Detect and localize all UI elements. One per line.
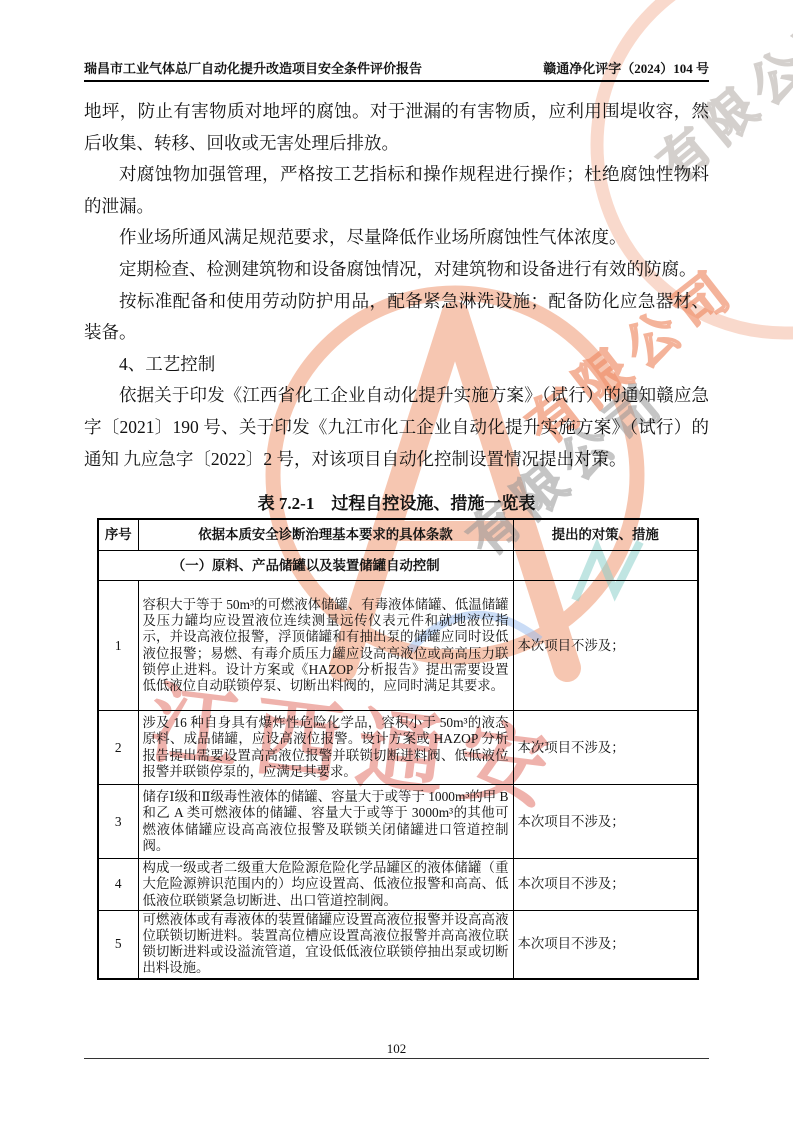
clause-cell: 涉及 16 种自身具有爆炸性危险化学品，容积小于 50m³的液态原料、成品储罐，…	[138, 711, 513, 785]
report-title: 瑞昌市工业气体总厂自动化提升改造项目安全条件评价报告	[84, 58, 422, 77]
table-section-header: （一）原料、产品储罐以及装置储罐自动控制	[98, 551, 513, 581]
clause-cell: 储存Ⅰ级和Ⅱ级毒性液体的储罐、容量大于或等于 1000m³的甲 B 和乙 A 类…	[138, 785, 513, 859]
body-paragraph: 作业场所通风满足规范要求，尽量降低作业场所腐蚀性气体浓度。	[84, 222, 709, 254]
row-number-cell: 5	[98, 910, 138, 978]
body-paragraph: 地坪，防止有害物质对地坪的腐蚀。对于泄漏的有害物质，应利用围堤收容，然后收集、转…	[84, 96, 709, 159]
page-footer: 102	[84, 1041, 709, 1059]
measure-cell: 本次项目不涉及；	[513, 859, 698, 911]
document-number: 赣通净化评字（2024）104 号	[543, 58, 709, 77]
column-header-no: 序号	[98, 519, 138, 551]
section-heading: 4、工艺控制	[84, 349, 709, 381]
table-section-row: （一）原料、产品储罐以及装置储罐自动控制	[98, 551, 698, 581]
empty-cell	[513, 551, 698, 581]
footer-rule	[84, 1058, 709, 1059]
measure-cell: 本次项目不涉及；	[513, 910, 698, 978]
body-paragraph: 按标准配备和使用劳动防护用品，配备紧急淋洗设施；配备防化应急器材、装备。	[84, 286, 709, 349]
page-number: 102	[387, 1041, 407, 1056]
measure-cell: 本次项目不涉及；	[513, 711, 698, 785]
document-page: 有限公司 有限公司 有限公司 江西通安 瑞昌市工业气体总厂自动化提升改造项目安全…	[0, 0, 793, 1122]
column-header-measure: 提出的对策、措施	[513, 519, 698, 551]
page-content: 瑞昌市工业气体总厂自动化提升改造项目安全条件评价报告 赣通净化评字（2024）1…	[0, 58, 793, 980]
body-paragraph: 依据关于印发《江西省化工企业自动化提升实施方案》（试行）的通知赣应急字〔2021…	[84, 380, 709, 475]
row-number-cell: 1	[98, 581, 138, 711]
row-number-cell: 2	[98, 711, 138, 785]
body-paragraph: 定期检查、检测建筑物和设备腐蚀情况，对建筑物和设备进行有效的防腐。	[84, 254, 709, 286]
row-number-cell: 4	[98, 859, 138, 911]
table-header-row: 序号 依据本质安全诊断治理基本要求的具体条款 提出的对策、措施	[98, 519, 698, 551]
table-caption: 表 7.2-1 过程自控设施、措施一览表	[84, 489, 709, 514]
table-row: 5 可燃液体或有毒液体的装置储罐应设置高液位报警并设高高液位联锁切断进料。装置高…	[98, 910, 698, 978]
clause-cell: 构成一级或者二级重大危险源危险化学品罐区的液体储罐（重大危险源辨识范围内的）均应…	[138, 859, 513, 911]
measures-table: 序号 依据本质安全诊断治理基本要求的具体条款 提出的对策、措施 （一）原料、产品…	[97, 518, 699, 979]
table-row: 3 储存Ⅰ级和Ⅱ级毒性液体的储罐、容量大于或等于 1000m³的甲 B 和乙 A…	[98, 785, 698, 859]
measure-cell: 本次项目不涉及；	[513, 785, 698, 859]
body-paragraph: 对腐蚀物加强管理，严格按工艺指标和操作规程进行操作；杜绝腐蚀性物料的泄漏。	[84, 159, 709, 222]
clause-cell: 容积大于等于 50m³的可燃液体储罐、有毒液体储罐、低温储罐及压力罐均应设置液位…	[138, 581, 513, 711]
page-header: 瑞昌市工业气体总厂自动化提升改造项目安全条件评价报告 赣通净化评字（2024）1…	[84, 58, 709, 82]
table-row: 2 涉及 16 种自身具有爆炸性危险化学品，容积小于 50m³的液态原料、成品储…	[98, 711, 698, 785]
measure-cell: 本次项目不涉及；	[513, 581, 698, 711]
body-text: 地坪，防止有害物质对地坪的腐蚀。对于泄漏的有害物质，应利用围堤收容，然后收集、转…	[84, 96, 709, 475]
row-number-cell: 3	[98, 785, 138, 859]
column-header-clause: 依据本质安全诊断治理基本要求的具体条款	[138, 519, 513, 551]
table-row: 4 构成一级或者二级重大危险源危险化学品罐区的液体储罐（重大危险源辨识范围内的）…	[98, 859, 698, 911]
table-row: 1 容积大于等于 50m³的可燃液体储罐、有毒液体储罐、低温储罐及压力罐均应设置…	[98, 581, 698, 711]
clause-cell: 可燃液体或有毒液体的装置储罐应设置高液位报警并设高高液位联锁切断进料。装置高位槽…	[138, 910, 513, 978]
